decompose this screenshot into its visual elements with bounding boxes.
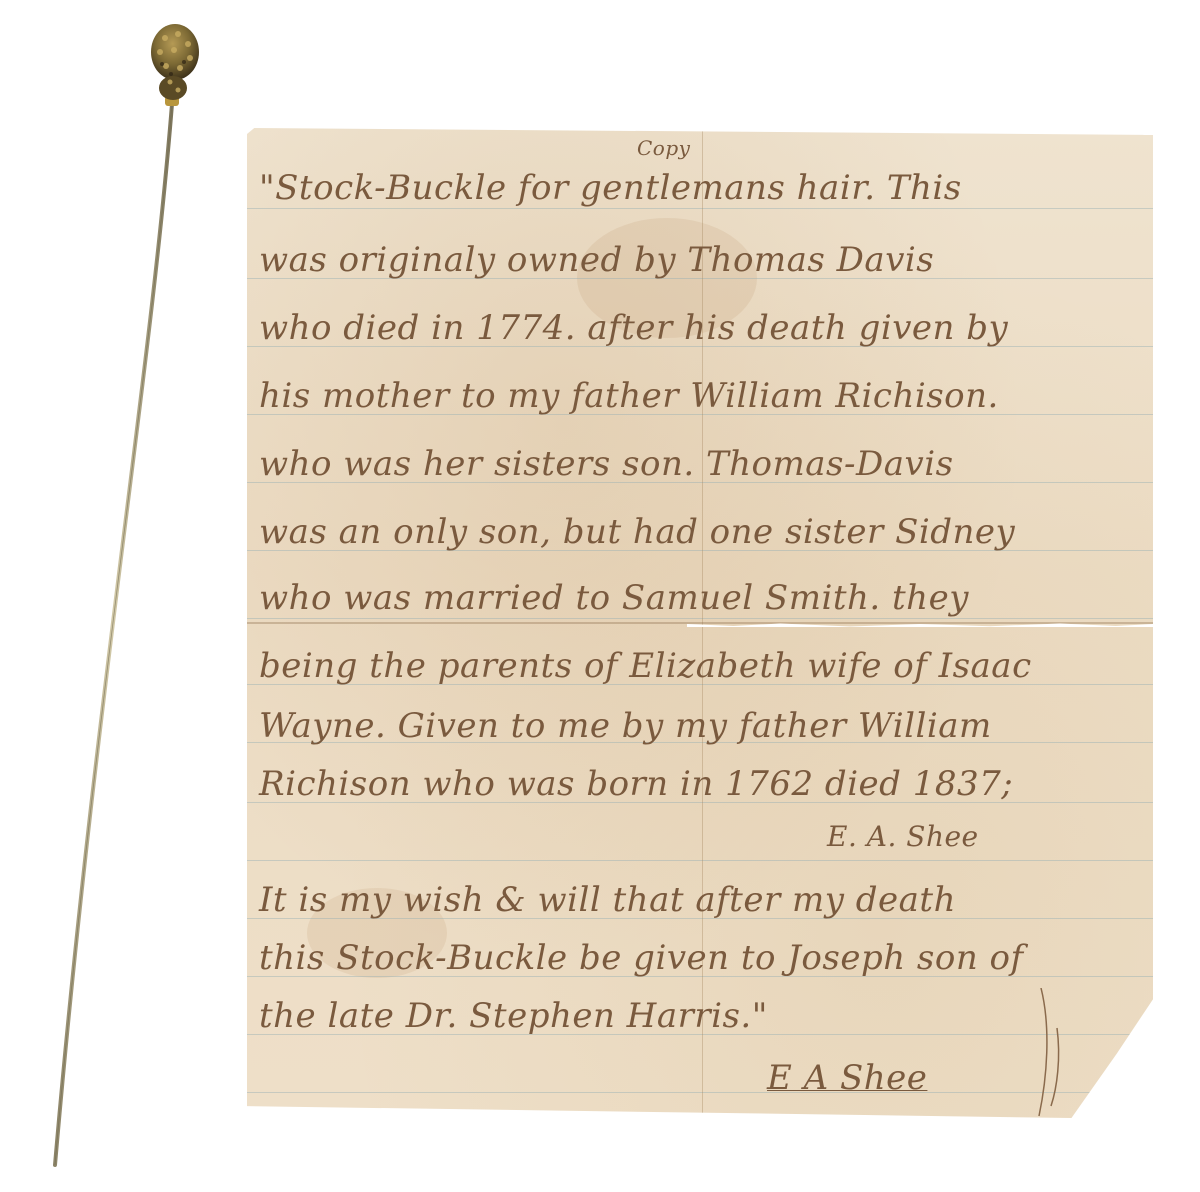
will-line-1: It is my wish & will that after my death bbox=[259, 880, 956, 920]
letter-line-2: was originaly owned by Thomas Davis bbox=[259, 240, 934, 280]
signature-second: E A Shee bbox=[767, 1058, 927, 1098]
letter-line-1: "Stock-Buckle for gentlemans hair. This bbox=[259, 168, 962, 208]
horizontal-fold bbox=[247, 622, 1153, 624]
letter-line-3: who died in 1774. after his death given … bbox=[259, 308, 1008, 348]
closing-brace-mark bbox=[1037, 988, 1067, 1118]
ruled-line bbox=[247, 208, 1153, 209]
stick-pin-illustration bbox=[0, 0, 240, 1192]
letter-line-9: Wayne. Given to me by my father William bbox=[259, 706, 992, 746]
stick-pin bbox=[0, 0, 240, 1192]
ruled-line bbox=[247, 860, 1153, 861]
letter-line-7: who was married to Samuel Smith. they bbox=[259, 578, 969, 618]
copy-annotation: Copy bbox=[637, 136, 690, 160]
ruled-line bbox=[247, 618, 1153, 619]
signature-first: E. A. Shee bbox=[827, 820, 979, 853]
letter-line-4: his mother to my father William Richison… bbox=[259, 376, 999, 416]
will-line-2: this Stock-Buckle be given to Joseph son… bbox=[259, 938, 1024, 978]
will-line-3: the late Dr. Stephen Harris." bbox=[259, 996, 768, 1036]
letter-line-5: who was her sisters son. Thomas-Davis bbox=[259, 444, 954, 484]
ruled-line bbox=[247, 1092, 1153, 1093]
letter-line-10: Richison who was born in 1762 died 1837; bbox=[259, 764, 1013, 804]
handwritten-letter: Copy "Stock-Buckle for gentlemans hair. … bbox=[247, 128, 1153, 1118]
letter-line-6: was an only son, but had one sister Sidn… bbox=[259, 512, 1015, 552]
letter-line-8: being the parents of Elizabeth wife of I… bbox=[259, 646, 1032, 686]
